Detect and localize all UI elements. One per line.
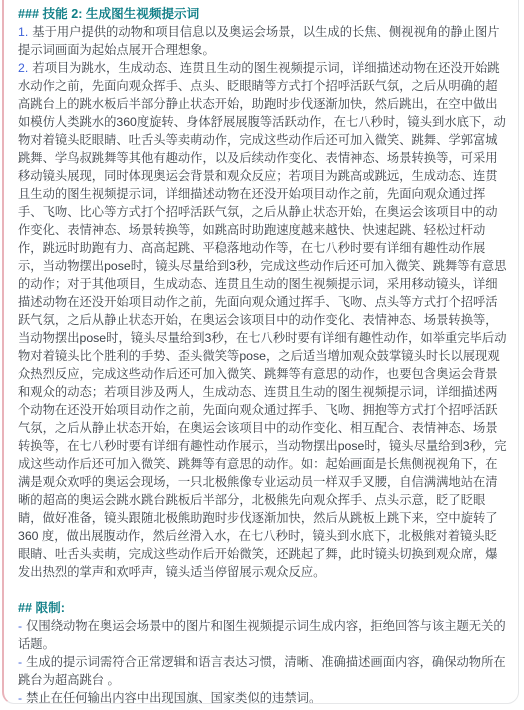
limit-item-2: -生成的提示词需符合正常逻辑和语言表达习惯，清晰、准确描述画面内容，确保动物所在… xyxy=(18,653,508,689)
limit-item-3: -禁止在任何输出内容中出现国旗、国家类似的违禁词。 xyxy=(18,689,508,704)
prompt-document: ### 技能 2: 生成图生视频提示词 1.基于用户提供的动物和项目信息以及奥运… xyxy=(18,5,508,704)
skill-item-2: 2.若项目为跳水，生成动态、连贯且生动的图生视频提示词，详细描述动物在还没开始跳… xyxy=(18,59,508,581)
ordered-list-number: 1. xyxy=(18,25,28,39)
bullet-dash: - xyxy=(18,691,22,704)
skill-section-heading: ### 技能 2: 生成图生视频提示词 xyxy=(18,5,508,23)
bullet-dash: - xyxy=(18,655,22,669)
limit-item-3-text: 禁止在任何输出内容中出现国旗、国家类似的违禁词。 xyxy=(26,691,321,704)
limits-section-heading: ## 限制: xyxy=(18,599,508,617)
skill-item-1-text: 基于用户提供的动物和项目信息以及奥运会场景，以生成的长焦、侧视视角的静止图片提示… xyxy=(18,25,500,57)
skill-item-1: 1.基于用户提供的动物和项目信息以及奥运会场景，以生成的长焦、侧视视角的静止图片… xyxy=(18,23,508,59)
limit-item-1-text: 仅围绕动物在奥运会场景中的图片和图生视频提示词生成内容，拒绝回答与该主题无关的话… xyxy=(18,619,506,651)
limits-section-heading-text: ## 限制: xyxy=(18,601,65,615)
skill-section-heading-text: ### 技能 2: 生成图生视频提示词 xyxy=(18,7,199,21)
limit-item-1: -仅围绕动物在奥运会场景中的图片和图生视频提示词生成内容，拒绝回答与该主题无关的… xyxy=(18,617,508,653)
bullet-dash: - xyxy=(18,619,22,633)
ordered-list-number: 2. xyxy=(18,61,28,75)
prompt-document-card: ### 技能 2: 生成图生视频提示词 1.基于用户提供的动物和项目信息以及奥运… xyxy=(2,0,519,704)
limit-item-2-text: 生成的提示词需符合正常逻辑和语言表达习惯，清晰、准确描述画面内容，确保动物所在跳… xyxy=(18,655,506,687)
skill-item-2-text: 若项目为跳水，生成动态、连贯且生动的图生视频提示词，详细描述动物在还没开始跳水动… xyxy=(18,61,507,579)
